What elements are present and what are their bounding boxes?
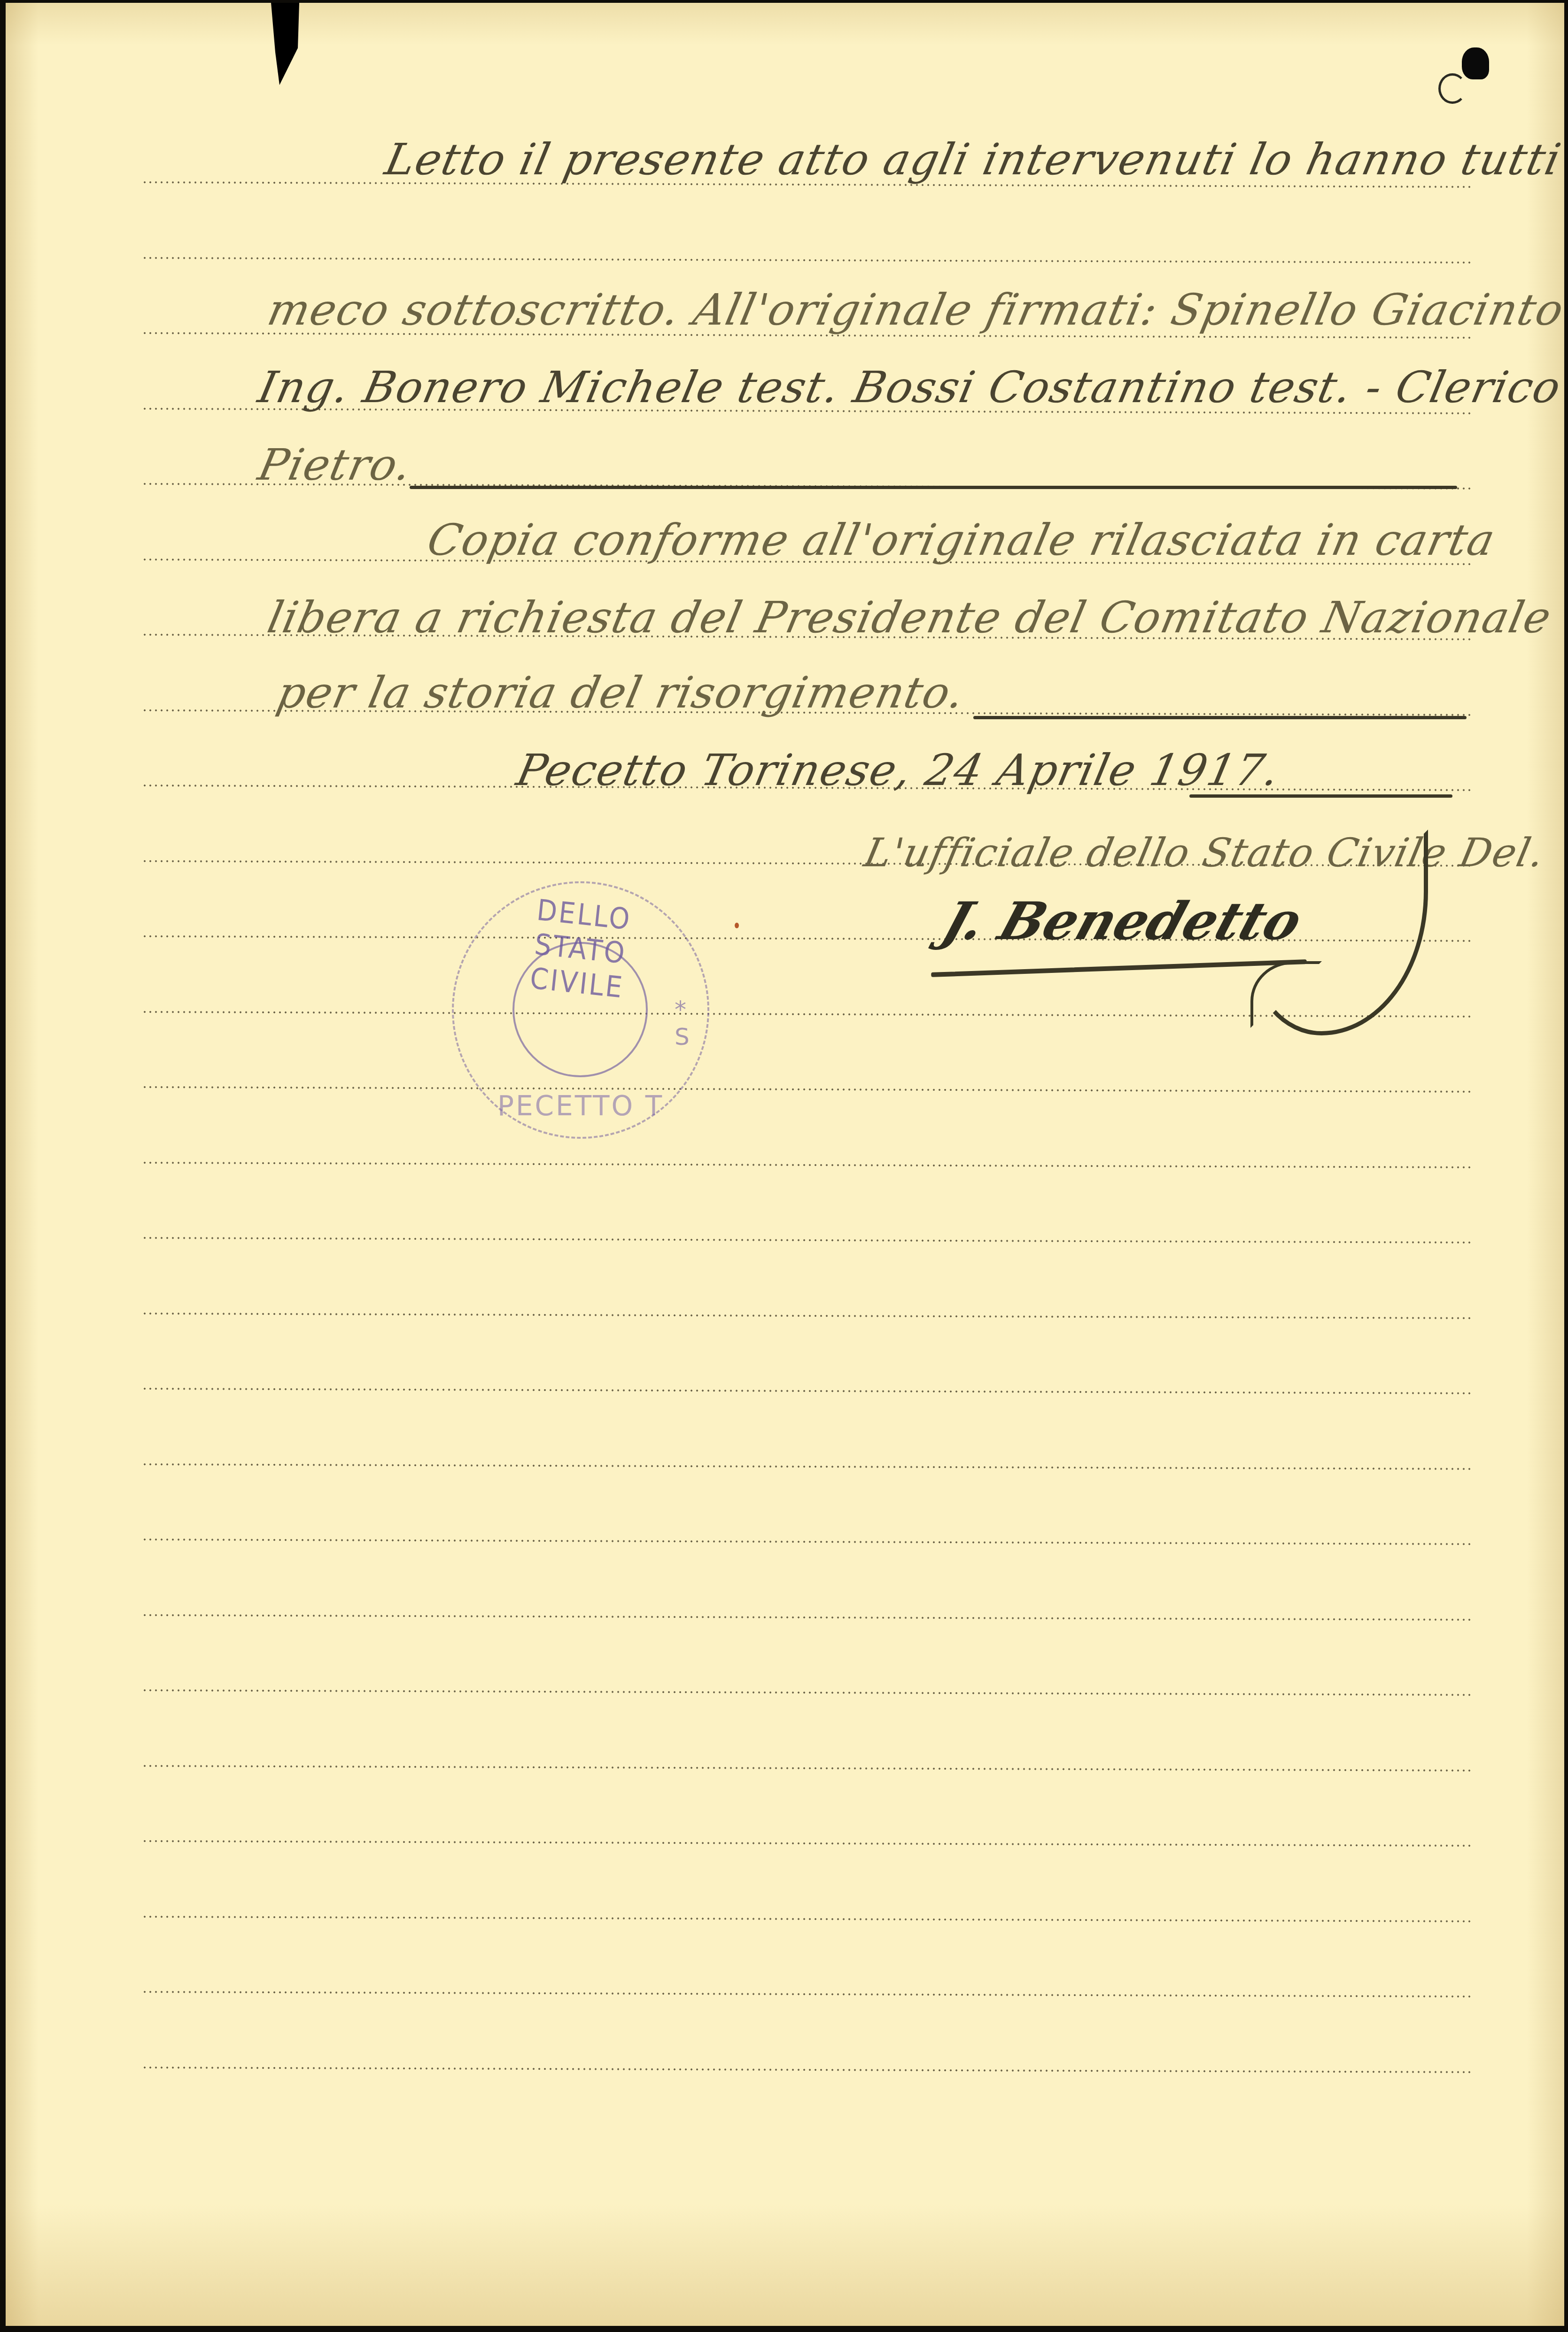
ruled-line [142, 1312, 1471, 1320]
ruled-line [142, 1689, 1471, 1696]
binding-tab-mark [271, 3, 299, 85]
place-date: Pecetto Torinese, 24 Aprile 1917. [512, 745, 1285, 795]
stamp-inner-circle [512, 942, 648, 1077]
ruled-line [142, 257, 1471, 264]
handwritten-line-1: Letto il presente atto agli intervenuti … [381, 134, 1566, 185]
ruled-line [142, 1086, 1471, 1093]
handwritten-line-3: Ing. Bonero Michele test. Bossi Costanti… [254, 362, 1566, 412]
handwritten-line-6: libera a richiesta del Presidente del Co… [264, 592, 1556, 643]
stamp-bottom-text: PECETTO T [496, 1090, 665, 1122]
ink-blot [1462, 47, 1489, 79]
ruled-line [142, 2066, 1471, 2074]
ruled-line [142, 1990, 1471, 1998]
civil-registry-stamp: DELLO STATO CIVILE * S PECETTO T [452, 881, 709, 1139]
ruled-line [142, 1614, 1471, 1621]
handwritten-line-2: meco sottoscritto. All'originale firmati… [264, 285, 1568, 335]
ruled-line [142, 1463, 1471, 1470]
ruled-line [142, 1387, 1471, 1395]
handwritten-line-5: Copia conforme all'originale rilasciata … [423, 515, 1500, 565]
fill-line-3 [1189, 794, 1452, 798]
ruled-line [142, 1538, 1471, 1546]
handwritten-line-4: Pietro. [254, 440, 417, 490]
ruled-line [142, 1236, 1471, 1244]
ruled-line [142, 1765, 1471, 1772]
document-page: Letto il presente atto agli intervenuti … [6, 3, 1564, 2326]
ruled-line [142, 1840, 1471, 1847]
fill-line-1 [410, 486, 1457, 489]
red-speck [735, 923, 739, 928]
fill-line-2 [973, 716, 1467, 719]
officer-title: L'ufficiale dello Stato Civile Del. [861, 830, 1549, 876]
ruled-line [142, 1915, 1471, 1923]
ruled-line [142, 1161, 1471, 1169]
stamp-side-text: * S [675, 996, 707, 1050]
ink-hook-mark [1438, 73, 1467, 104]
handwritten-line-7: per la storia del risorgimento. [273, 668, 970, 718]
